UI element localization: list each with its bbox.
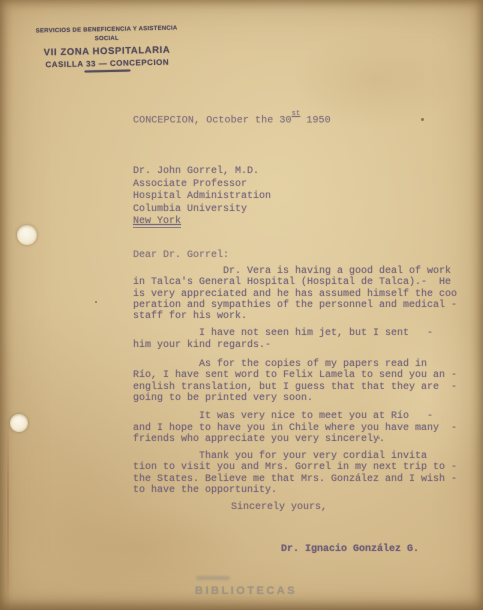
recipient-title: Associate Professor (133, 179, 271, 192)
paragraph: It was very nice to meet you at Río - an… (133, 411, 467, 445)
date-ordinal-superscript: st (292, 110, 301, 118)
date-line: CONCEPCION, October the 30st 1950 (133, 111, 331, 127)
paper-stain (30, 505, 250, 595)
recipient-city-underlined: New York (133, 216, 181, 228)
ink-speck (421, 118, 424, 121)
paragraph: Thank you for your very cordial invita t… (133, 451, 467, 496)
paper-crease (7, 415, 9, 610)
letterhead-address: CASILLA 33 — CONCEPCION (24, 56, 190, 70)
letterhead-underline (84, 70, 130, 73)
letterhead-organization: SERVICIOS DE BENEFICENCIA Y ASISTENCIA S… (24, 24, 190, 45)
paragraph: As for the copies of my papers read in R… (133, 359, 467, 404)
closing-line: Sincerely yours, (231, 502, 327, 513)
scanned-letter-page: SERVICIOS DE BENEFICENCIA Y ASISTENCIA S… (0, 0, 483, 610)
salutation: Dear Dr. Gorrel: (133, 250, 467, 261)
paragraph: Dr. Vera is having a good deal of work i… (133, 266, 467, 322)
recipient-city: New York (133, 216, 271, 229)
ink-speck (95, 301, 97, 303)
paragraph: I have not seen him jet, but I sent - hi… (133, 328, 467, 351)
recipient-department: Hospital Administration (133, 191, 271, 204)
recipient-institution: Columbia University (133, 204, 271, 217)
library-watermark: BIBLIOTECAS (195, 585, 297, 597)
date-year: 1950 (300, 115, 331, 126)
letter-body: Dear Dr. Gorrel: Dr. Vera is having a go… (133, 250, 467, 496)
punch-hole (17, 225, 37, 245)
recipient-address-block: Dr. John Gorrel, M.D. Associate Professo… (133, 166, 271, 229)
signature-name: Dr. Ignacio González G. (281, 544, 419, 555)
date-text: CONCEPCION, October the 30 (133, 115, 292, 126)
letterhead-stamp: SERVICIOS DE BENEFICENCIA Y ASISTENCIA S… (24, 24, 191, 73)
stamp-smudge (196, 576, 230, 580)
punch-hole (10, 414, 28, 432)
recipient-name: Dr. John Gorrel, M.D. (133, 166, 271, 179)
